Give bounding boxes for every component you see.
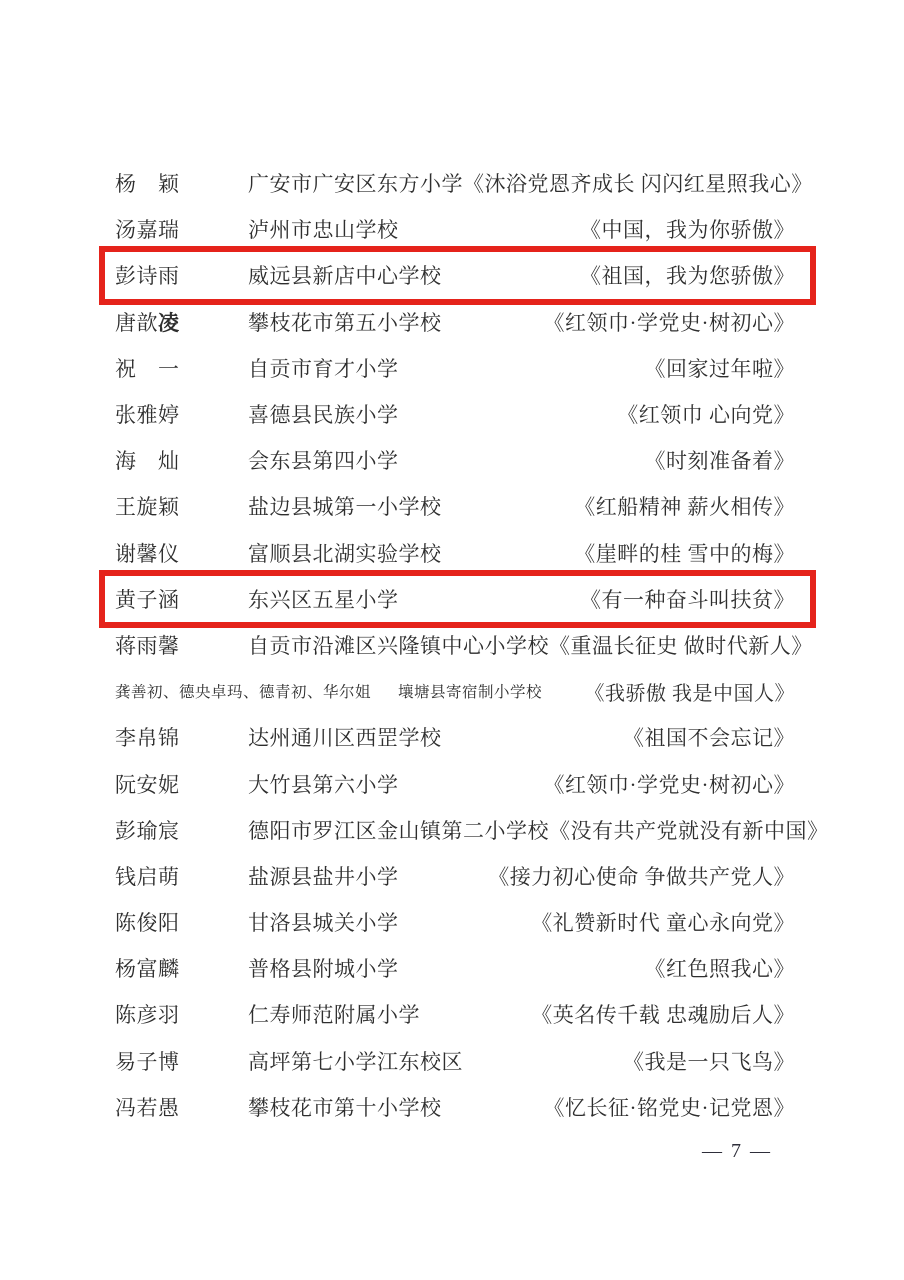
award-row: 蒋雨馨自贡市沿滩区兴隆镇中心小学校《重温长征史 做时代新人》: [115, 622, 795, 668]
work-title: 《我是一只飞鸟》: [623, 1046, 795, 1076]
student-name: 唐歆凌: [115, 307, 248, 337]
work-title: 《红领巾 心向党》: [617, 399, 795, 429]
work-title: 《红船精神 薪火相传》: [574, 491, 795, 521]
student-name: 王旋颖: [115, 491, 248, 521]
school-name: 自贡市育才小学: [248, 353, 645, 383]
student-name-text: 钱启萌: [115, 865, 180, 889]
student-name-text: 李帛锦: [115, 726, 180, 750]
award-row: 易子博高坪第七小学江东校区《我是一只飞鸟》: [115, 1038, 795, 1084]
student-name-text: 黄子涵: [115, 588, 180, 612]
work-title: 《礼赞新时代 童心永向党》: [531, 907, 795, 937]
work-title: 《接力初心使命 争做共产党人》: [488, 861, 795, 891]
award-row: 王旋颖盐边县城第一小学校《红船精神 薪火相传》: [115, 483, 795, 529]
student-name-text: 祝 一: [115, 357, 180, 381]
student-name: 海 灿: [115, 445, 248, 475]
work-title: 《祖国不会忘记》: [623, 722, 795, 752]
student-name: 龚善初、德央卓玛、德青初、华尔姐: [115, 680, 371, 702]
student-name: 汤嘉瑞: [115, 214, 248, 244]
school-name: 泸州市忠山学校: [248, 214, 580, 244]
student-name: 阮安妮: [115, 769, 248, 799]
work-title: 《红色照我心》: [645, 953, 796, 983]
student-name-text: 唐歆: [115, 311, 158, 335]
school-name: 喜德县民族小学: [248, 399, 617, 429]
student-name: 彭诗雨: [115, 260, 248, 290]
award-row: 李帛锦达州通川区西罡学校《祖国不会忘记》: [115, 714, 795, 760]
student-name: 蒋雨馨: [115, 630, 248, 660]
school-name: 盐边县城第一小学校: [248, 491, 574, 521]
award-row: 龚善初、德央卓玛、德青初、华尔姐壤塘县寄宿制小学校《我骄傲 我是中国人》: [115, 668, 795, 714]
school-name: 会东县第四小学: [248, 445, 645, 475]
document-page: 杨 颖广安市广安区东方小学《沐浴党恩齐成长 闪闪红星照我心》汤嘉瑞泸州市忠山学校…: [0, 0, 904, 1280]
award-row: 陈彦羽仁寿师范附属小学《英名传千载 忠魂励后人》: [115, 991, 795, 1037]
award-row: 陈俊阳甘洛县城关小学《礼赞新时代 童心永向党》: [115, 899, 795, 945]
student-name: 张雅婷: [115, 399, 248, 429]
work-title: 《红领巾·学党史·树初心》: [544, 307, 796, 337]
award-list: 杨 颖广安市广安区东方小学《沐浴党恩齐成长 闪闪红星照我心》汤嘉瑞泸州市忠山学校…: [115, 160, 795, 1130]
award-row: 祝 一自贡市育才小学《回家过年啦》: [115, 345, 795, 391]
award-row-highlighted: 彭诗雨威远县新店中心学校《祖国，我为您骄傲》: [105, 252, 810, 298]
student-name-text: 蒋雨馨: [115, 634, 180, 658]
work-title: 《没有共产党就没有新中国》: [549, 815, 829, 845]
work-title: 《沐浴党恩齐成长 闪闪红星照我心》: [463, 168, 813, 198]
student-name: 杨 颖: [115, 168, 248, 198]
award-row: 谢馨仪富顺县北湖实验学校《崖畔的桂 雪中的梅》: [115, 530, 795, 576]
student-name: 杨富麟: [115, 953, 248, 983]
student-name-text: 杨富麟: [115, 957, 180, 981]
student-name-text: 彭瑜宸: [115, 819, 180, 843]
student-name: 陈彦羽: [115, 999, 248, 1029]
award-row: 杨 颖广安市广安区东方小学《沐浴党恩齐成长 闪闪红星照我心》: [115, 160, 795, 206]
school-name: 甘洛县城关小学: [248, 907, 531, 937]
work-title: 《英名传千载 忠魂励后人》: [531, 999, 795, 1029]
student-name-text: 阮安妮: [115, 773, 180, 797]
student-name: 谢馨仪: [115, 538, 248, 568]
work-title: 《时刻准备着》: [645, 445, 796, 475]
work-title: 《有一种奋斗叫扶贫》: [580, 584, 795, 614]
award-row: 冯若愚攀枝花市第十小学校《忆长征·铭党史·记党恩》: [115, 1084, 795, 1130]
work-title: 《中国，我为你骄傲》: [580, 214, 795, 244]
work-title: 《崖畔的桂 雪中的梅》: [574, 538, 795, 568]
school-name: 攀枝花市第十小学校: [248, 1092, 544, 1122]
school-name: 德阳市罗江区金山镇第二小学校: [248, 815, 549, 845]
award-row: 张雅婷喜德县民族小学《红领巾 心向党》: [115, 391, 795, 437]
student-name: 祝 一: [115, 353, 248, 383]
student-name-text: 陈俊阳: [115, 911, 180, 935]
award-row-highlighted: 黄子涵东兴区五星小学《有一种奋斗叫扶贫》: [105, 576, 810, 622]
student-name: 易子博: [115, 1046, 248, 1076]
school-name: 自贡市沿滩区兴隆镇中心小学校: [248, 630, 549, 660]
student-name: 冯若愚: [115, 1092, 248, 1122]
student-name-bold-char: 凌: [158, 312, 180, 335]
award-row: 汤嘉瑞泸州市忠山学校《中国，我为你骄傲》: [115, 206, 795, 252]
school-name: 壤塘县寄宿制小学校: [398, 680, 584, 702]
school-name: 仁寿师范附属小学: [248, 999, 531, 1029]
award-row: 阮安妮大竹县第六小学《红领巾·学党史·树初心》: [115, 760, 795, 806]
student-name: 黄子涵: [115, 584, 248, 614]
student-name-text: 彭诗雨: [115, 264, 180, 288]
school-name: 达州通川区西罡学校: [248, 722, 623, 752]
work-title: 《回家过年啦》: [645, 353, 796, 383]
student-name-text: 汤嘉瑞: [115, 218, 180, 242]
school-name: 盐源县盐井小学: [248, 861, 488, 891]
student-name-text: 谢馨仪: [115, 542, 180, 566]
student-name: 李帛锦: [115, 722, 248, 752]
school-name: 威远县新店中心学校: [248, 260, 580, 290]
student-name: 彭瑜宸: [115, 815, 248, 845]
student-name-text: 王旋颖: [115, 495, 180, 519]
student-name-text: 杨 颖: [115, 172, 180, 196]
student-name-text: 冯若愚: [115, 1096, 180, 1120]
award-row: 海 灿会东县第四小学《时刻准备着》: [115, 437, 795, 483]
student-name-text: 龚善初、德央卓玛、德青初、华尔姐: [115, 684, 371, 701]
work-title: 《忆长征·铭党史·记党恩》: [544, 1092, 796, 1122]
award-row: 唐歆凌攀枝花市第五小学校《红领巾·学党史·树初心》: [115, 299, 795, 345]
student-name-text: 陈彦羽: [115, 1003, 180, 1027]
student-name-text: 易子博: [115, 1050, 180, 1074]
work-title: 《红领巾·学党史·树初心》: [544, 769, 796, 799]
school-name: 东兴区五星小学: [248, 584, 580, 614]
award-row: 彭瑜宸德阳市罗江区金山镇第二小学校《没有共产党就没有新中国》: [115, 807, 795, 853]
student-name: 陈俊阳: [115, 907, 248, 937]
award-row: 钱启萌盐源县盐井小学《接力初心使命 争做共产党人》: [115, 853, 795, 899]
school-name: 攀枝花市第五小学校: [248, 307, 544, 337]
work-title: 《祖国，我为您骄傲》: [580, 260, 795, 290]
school-name: 普格县附城小学: [248, 953, 645, 983]
student-name-text: 海 灿: [115, 449, 180, 473]
page-number: — 7 —: [702, 1140, 772, 1163]
student-name-text: 张雅婷: [115, 403, 180, 427]
work-title: 《重温长征史 做时代新人》: [549, 630, 813, 660]
work-title: 《我骄傲 我是中国人》: [585, 677, 796, 706]
school-name: 广安市广安区东方小学: [248, 168, 463, 198]
school-name: 高坪第七小学江东校区: [248, 1046, 623, 1076]
school-name: 大竹县第六小学: [248, 769, 544, 799]
student-name: 钱启萌: [115, 861, 248, 891]
school-name: 富顺县北湖实验学校: [248, 538, 574, 568]
award-row: 杨富麟普格县附城小学《红色照我心》: [115, 945, 795, 991]
